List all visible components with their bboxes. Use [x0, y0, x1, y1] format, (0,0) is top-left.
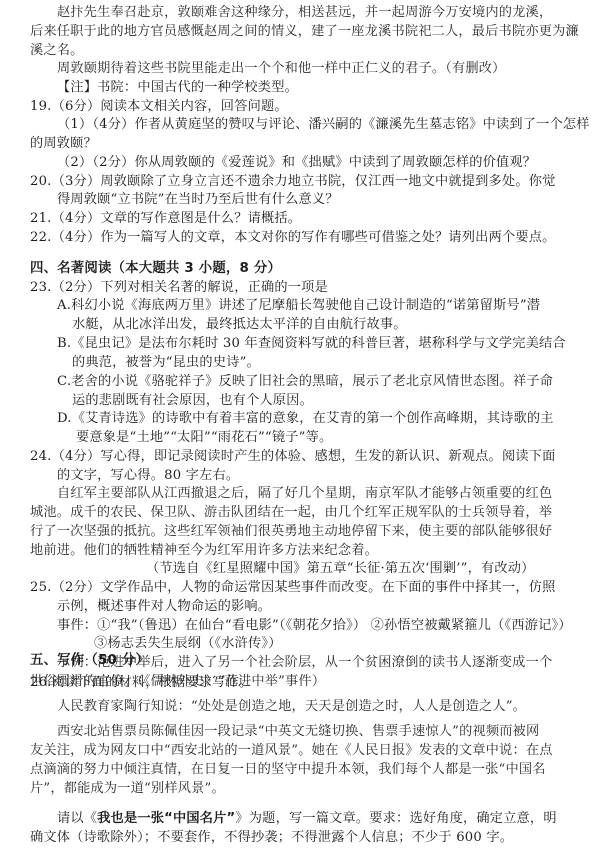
- excerpt-line: 行了一次坚强的抵抗。这些红军领袖们很英勇地主动地停留下来，使主要的部队能够很好: [30, 523, 578, 541]
- question-19: 19.（6分）阅读本文相关内容，回答问题。: [30, 98, 578, 116]
- question-23: 23.（2分）下列对相关名著的解说，正确的一项是: [30, 279, 578, 297]
- material-quote: 人民教育家陶行知说：“处处是创造之地，天天是创造之时，人人是创造之人”。: [57, 698, 578, 716]
- excerpt-line: 自红军主要部队从江西撤退之后，隔了好几个星期，南京军队才能够占领重要的红色: [57, 485, 578, 503]
- question-24: 24.（4分）写心得，即记录阅读时产生的体验、感想，生发的新认识、新观点。阅读下…: [30, 448, 578, 466]
- option-d-cont: 要意象是“土地”“太阳”“雨花石”“镜子”等。: [76, 429, 578, 447]
- option-b: B.《昆虫记》是法布尔耗时 30 年查阅资料写就的科普巨著，堪称科学与文学完美结…: [57, 335, 578, 353]
- excerpt-line: 地前进。他们的牺牲精神至今为红军用许多方法来纪念着。: [30, 542, 578, 560]
- material-line: 片”，都能成为一道“别样风景”。: [30, 780, 578, 798]
- question-25-events: 事件：①“我”（鲁迅）在仙台“看电影”（《朝花夕拾》） ②孙悟空被戴紧箍儿（《西…: [57, 617, 578, 635]
- excerpt-line: 城池。成千的农民、保卫队、游击队团结在一起，由几个红军正规军队的士兵领导着，举: [30, 504, 578, 522]
- question-20-cont: 得周敦颐“立书院”在当时乃至后世有什么意义？: [57, 191, 578, 209]
- question-19-2: （2）（2分）你从周敦颐的《爱莲说》和《拙赋》中读到了周敦颐怎样的价值观？: [57, 154, 578, 172]
- question-25: 25.（2分）文学作品中，人物的命运常因某些事件而改变。在下面的事件中择其一，仿…: [30, 579, 578, 597]
- requirement-suffix: 》为题，写一篇文章。要求：选好角度，确定立意，明: [235, 811, 556, 826]
- option-b-cont: 的典范，被誉为“昆虫的史诗”。: [72, 354, 578, 372]
- option-a: A.科幻小说《海底两万里》讲述了尼摩船长驾驶他自己设计制造的“诺第留斯号”潜: [57, 297, 578, 315]
- passage-note: 【注】书院：中国古代的一种学校类型。: [57, 79, 578, 97]
- passage-line: 周敦颐期待着这些书院里能走出一个个和他一样中正仁义的君子。（有删改）: [57, 60, 578, 78]
- option-c: C.老舍的小说《骆驼祥子》反映了旧社会的黑暗，展示了老北京风情世态图。祥子命: [57, 373, 578, 391]
- essay-title: 我也是一张“中国名片”: [97, 811, 235, 826]
- requirement-line-2: 确文体（诗歌除外）；不要套作，不得抄袭；不得泄露个人信息；不少于 600 字。: [30, 829, 578, 847]
- question-22: 22.（4分）作为一篇写人的文章，本文对你的写作有哪些可借鉴之处？请列出两个要点…: [30, 229, 578, 247]
- option-a-cont: 水艇，从北冰洋出发，最终抵达太平洋的自由航行故事。: [72, 316, 578, 334]
- material-line: 友关注，成为网友口中“西安北站的一道风景”。她在《人民日报》发表的文章中说：在点: [30, 742, 578, 760]
- section-5-heading: 五、写作（50 分）: [30, 652, 578, 670]
- material-line: 西安北站售票员陈佩佳因一段记录“中英文无缝切换、售票手速惊人”的视频而被网: [57, 723, 578, 741]
- question-25-cont: 示例，概述事件对人物命运的影响。: [57, 598, 578, 616]
- passage-line: 赵抃先生奉召赴京，敦颐难舍这种缘分，相送甚远，并一起周游今万安境内的龙溪，: [57, 4, 578, 22]
- question-21: 21.（4分）文章的写作意图是什么？请概括。: [30, 210, 578, 228]
- requirement-prefix: 请以《: [57, 811, 97, 826]
- material-line: 点滴滴的努力中倾注真情，在日复一日的坚守中提升本领，我们每个人都是一张“中国名: [30, 761, 578, 779]
- passage-line: 后来任职于此的地方官员感慨赵周之间的情义，建了一座龙溪书院祀二人，最后书院亦更为…: [30, 23, 578, 41]
- question-20: 20.（3分）周敦颐除了立身立言还不遗余力地立书院，仅江西一地文中就提到多处。你…: [30, 173, 578, 191]
- question-24-cont: 的文字，写心得。80 字左右。: [57, 467, 578, 485]
- requirement-line: 请以《我也是一张“中国名片”》为题，写一篇文章。要求：选好角度，确定立意，明: [57, 810, 578, 828]
- option-c-cont: 运的悲剧既有社会原因，也有个人原因。: [72, 392, 578, 410]
- question-25-events-cont: ③杨志丢失生辰纲（《水浒传》）: [94, 635, 578, 653]
- passage-line: 溪之名。: [30, 42, 578, 60]
- question-19-1: （1）（4分）作者从黄庭坚的赞叹与评论、潘兴嗣的《濂溪先生墓志铭》中读到了一个怎…: [57, 116, 578, 134]
- question-26: 26.阅读下面的材料，根据要求写作。: [30, 674, 578, 692]
- excerpt-source: （节选自《红星照耀中国》第五章“长征·第五次‘围剿’”，有改动）: [146, 560, 578, 578]
- question-19-1-cont: 的周敦颐？: [30, 135, 578, 153]
- section-4-heading: 四、名著阅读（本大题共 3 小题，8 分）: [30, 260, 578, 278]
- option-d: D.《艾青诗选》的诗歌中有着丰富的意象，在艾青的第一个创作高峰期，其诗歌的主: [57, 410, 578, 428]
